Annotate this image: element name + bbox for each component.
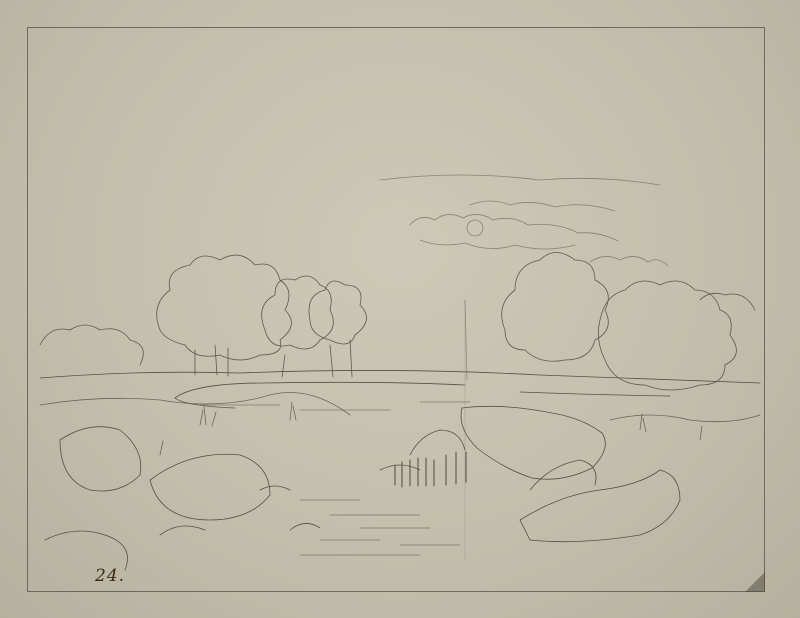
- lower-pool: [300, 500, 460, 555]
- left-trees: [40, 255, 366, 377]
- landscape-drawing: [0, 0, 800, 618]
- right-trees: [502, 253, 755, 391]
- grass: [40, 393, 760, 456]
- clouds: [380, 175, 668, 266]
- pond: [40, 300, 760, 410]
- rocks: [45, 406, 680, 570]
- waterfall: [395, 452, 466, 487]
- plate-number: 24.: [95, 566, 125, 586]
